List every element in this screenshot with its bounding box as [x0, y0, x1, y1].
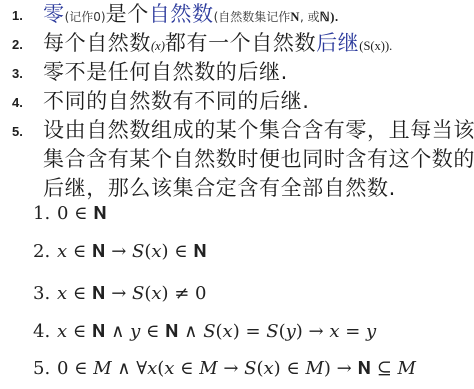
note-close: ).	[330, 10, 339, 24]
text-mid: 是个	[106, 2, 149, 26]
note-or: , 或	[300, 10, 320, 24]
highlight-zero: 零	[43, 2, 65, 26]
list-number: 4.	[33, 321, 57, 342]
axiom-text: 零(记作0)是个自然数(自然数集记作N, 或ℕ).	[43, 0, 339, 32]
note-sx: (S(x)).	[359, 39, 392, 53]
axiom-formal-4: 4.𝑥 ∈ 𝐍 ∧ 𝑦 ∈ 𝐍 ∧ 𝑆(𝑥) = 𝑆(𝑦) → 𝑥 = 𝑦	[33, 321, 376, 342]
text-mid: 都有一个自然数	[165, 31, 316, 55]
axiom-text: 不同的自然数有不同的后继.	[43, 87, 309, 116]
axiom-text: 零不是任何自然数的后继.	[43, 58, 288, 87]
note-x: (x)	[151, 39, 165, 53]
list-number: 2.	[33, 241, 57, 262]
axiom-formal-5: 5.0 ∈ 𝑀 ∧ ∀𝑥(𝑥 ∈ 𝑀 → 𝑆(𝑥) ∈ 𝑀) → 𝐍 ⊆ 𝑀	[33, 358, 416, 379]
formula: 𝑥 ∈ 𝐍 → 𝑆(𝑥) ≠ 0	[57, 283, 207, 304]
symbol-N-blackboard: ℕ	[320, 10, 331, 24]
list-number: 5.	[12, 124, 23, 139]
axiom-text-line-2: 集合含有某个自然数时便也同时含有这个数的	[43, 145, 474, 174]
axiom-text: 每个自然数(x)都有一个自然数后继(S(x)).	[43, 29, 392, 61]
list-number: 4.	[12, 95, 23, 110]
note-open: (自然数集记作	[214, 10, 291, 24]
axiom-formal-3: 3.𝑥 ∈ 𝐍 → 𝑆(𝑥) ≠ 0	[33, 283, 207, 304]
formula: 0 ∈ 𝐍	[57, 203, 107, 224]
list-number: 5.	[33, 358, 57, 379]
formula: 𝑥 ∈ 𝐍 → 𝑆(𝑥) ∈ 𝐍	[57, 241, 207, 262]
list-number: 1.	[12, 8, 23, 23]
axiom-formal-2: 2.𝑥 ∈ 𝐍 → 𝑆(𝑥) ∈ 𝐍	[33, 241, 207, 262]
highlight-natural-number: 自然数	[149, 2, 214, 26]
axiom-formal-1: 1.0 ∈ 𝐍	[33, 203, 107, 224]
formula: 𝑥 ∈ 𝐍 ∧ 𝑦 ∈ 𝐍 ∧ 𝑆(𝑥) = 𝑆(𝑦) → 𝑥 = 𝑦	[57, 321, 376, 342]
text-pre: 每个自然数	[43, 31, 151, 55]
axiom-text-line-1: 设由自然数组成的某个集合含有零，且每当该	[43, 116, 474, 145]
formula: 0 ∈ 𝑀 ∧ ∀𝑥(𝑥 ∈ 𝑀 → 𝑆(𝑥) ∈ 𝑀) → 𝐍 ⊆ 𝑀	[57, 358, 416, 379]
note-zero: (记作0)	[65, 10, 106, 24]
axiom-text-line-3: 后继，那么该集合定含有全部自然数.	[43, 174, 396, 203]
list-number: 1.	[33, 203, 57, 224]
list-number: 3.	[12, 66, 23, 81]
highlight-successor: 后继	[316, 31, 359, 55]
symbol-N-bold: N	[290, 10, 300, 24]
list-number: 2.	[12, 37, 23, 52]
list-number: 3.	[33, 283, 57, 304]
